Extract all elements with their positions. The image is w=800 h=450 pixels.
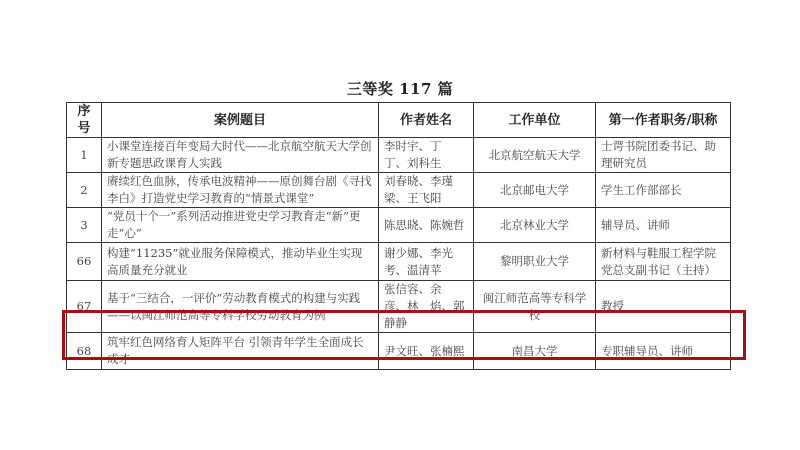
table-row: 3 “党员十个一”系列活动推进党史学习教育走“新”更走“心” 陈思晓、陈婉哲 北… (67, 208, 731, 243)
cell-serial-number: 2 (67, 173, 102, 208)
header-case-title: 案例题目 (102, 103, 379, 138)
cell-case-title: 基于“三结合，一评价”劳动教育模式的构建与实践——以闽江师范高等专科学校劳动教育… (102, 281, 379, 333)
cell-case-title: 筑牢红色网络育人矩阵平台 引领青年学生全面成长成才 (102, 333, 379, 370)
cell-position: 士谔书院团委书记、助理研究员 (596, 138, 731, 173)
awards-table: 序号 案例题目 作者姓名 工作单位 第一作者职务/职称 1 小课堂连接百年变局大… (66, 102, 731, 370)
cell-authors: 张信容、余 彦、林 焰、郭静静 (379, 281, 474, 333)
cell-case-title: 构建“11235”就业服务保障模式，推动毕业生实现高质量充分就业 (102, 243, 379, 281)
cell-work-unit: 北京航空航天大学 (474, 138, 596, 173)
table-row: 2 赓续红色血脉，传承电波精神——原创舞台剧《寻找李白》打造党史学习教育的“情景… (67, 173, 731, 208)
cell-case-title: 小课堂连接百年变局大时代——北京航空航天大学创新专题思政课育人实践 (102, 138, 379, 173)
table-row: 66 构建“11235”就业服务保障模式，推动毕业生实现高质量充分就业 谢少娜、… (67, 243, 731, 281)
header-first-author-position: 第一作者职务/职称 (596, 103, 731, 138)
cell-work-unit: 北京林业大学 (474, 208, 596, 243)
table-caption: 三等奖 117 篇 (0, 78, 800, 99)
cell-work-unit: 北京邮电大学 (474, 173, 596, 208)
cell-serial-number: 1 (67, 138, 102, 173)
table-row-highlighted: 68 筑牢红色网络育人矩阵平台 引领青年学生全面成长成才 尹文旺、张楠熙 南昌大… (67, 333, 731, 370)
cell-case-title: 赓续红色血脉，传承电波精神——原创舞台剧《寻找李白》打造党史学习教育的“情景式课… (102, 173, 379, 208)
header-serial-number: 序号 (67, 103, 102, 138)
cell-authors: 谢少娜、李光考、温清苹 (379, 243, 474, 281)
header-work-unit: 工作单位 (474, 103, 596, 138)
cell-position: 辅导员、讲师 (596, 208, 731, 243)
cell-serial-number: 68 (67, 333, 102, 370)
cell-position: 学生工作部部长 (596, 173, 731, 208)
cell-authors: 李时宇、丁 丁、刘科生 (379, 138, 474, 173)
cell-case-title: “党员十个一”系列活动推进党史学习教育走“新”更走“心” (102, 208, 379, 243)
cell-work-unit: 南昌大学 (474, 333, 596, 370)
cell-position: 新材料与鞋服工程学院党总支副书记（主持） (596, 243, 731, 281)
table-header-row: 序号 案例题目 作者姓名 工作单位 第一作者职务/职称 (67, 103, 731, 138)
cell-authors: 陈思晓、陈婉哲 (379, 208, 474, 243)
cell-position: 专职辅导员、讲师 (596, 333, 731, 370)
cell-work-unit: 黎明职业大学 (474, 243, 596, 281)
cell-position: 教授 (596, 281, 731, 333)
cell-authors: 尹文旺、张楠熙 (379, 333, 474, 370)
table-row: 67 基于“三结合，一评价”劳动教育模式的构建与实践——以闽江师范高等专科学校劳… (67, 281, 731, 333)
cell-serial-number: 66 (67, 243, 102, 281)
cell-authors: 刘春晓、李瑾梁、王飞阳 (379, 173, 474, 208)
cell-serial-number: 3 (67, 208, 102, 243)
cell-serial-number: 67 (67, 281, 102, 333)
cell-work-unit: 闽江师范高等专科学校 (474, 281, 596, 333)
table-row: 1 小课堂连接百年变局大时代——北京航空航天大学创新专题思政课育人实践 李时宇、… (67, 138, 731, 173)
header-author-names: 作者姓名 (379, 103, 474, 138)
